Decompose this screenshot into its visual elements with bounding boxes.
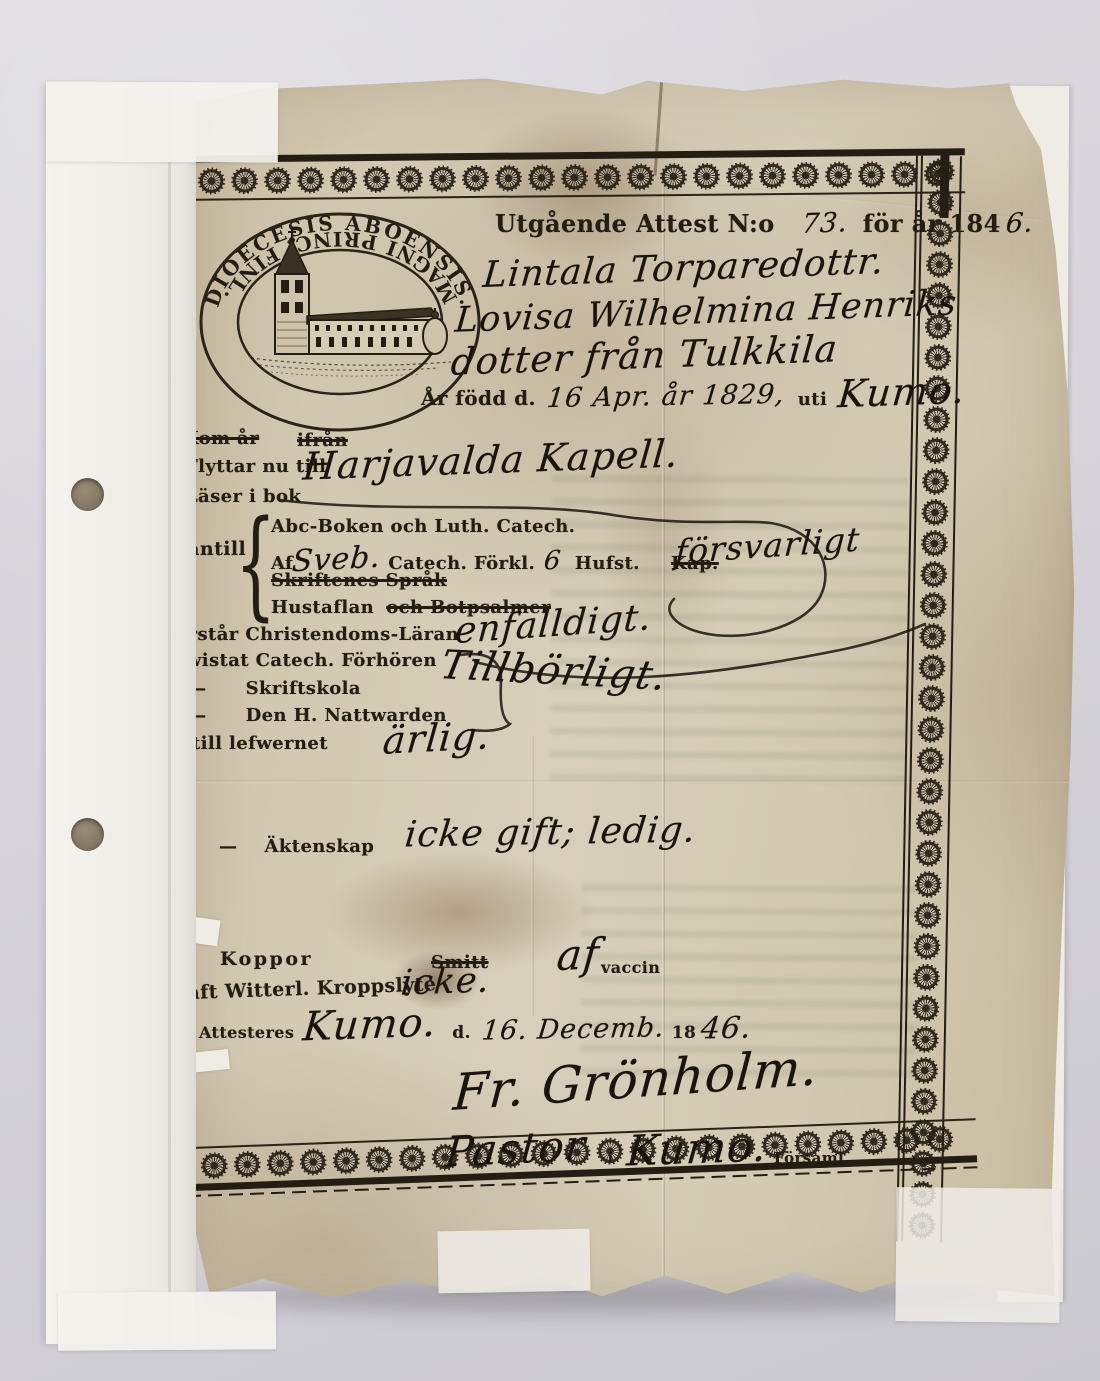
parish-printed: Församl <box>774 1149 844 1167</box>
rosette-ornament <box>561 164 588 191</box>
vaccin-af-hand: af <box>555 929 602 981</box>
pastor-line: Pastor i Kumo. Församl <box>445 1124 844 1173</box>
rosette-ornament <box>792 162 819 189</box>
signature-hand: Fr. Grönholm. <box>451 1038 820 1122</box>
rosette-ornament <box>495 165 522 192</box>
rosette-ornament <box>660 163 687 190</box>
attest-year-printed: 18 <box>672 1023 696 1043</box>
certificate-paper: DIOECESIS ABOENSIS. MAGNI PRINC. FINL. <box>183 76 1075 1306</box>
attest-label: Attesteres <box>199 1023 294 1042</box>
rosette-ornament <box>912 1026 939 1053</box>
rosette-ornament <box>299 1148 327 1176</box>
rosette-ornament <box>921 530 948 557</box>
attest-header-line: Utgående Attest N:o 73. för år 184 6. <box>495 208 1034 239</box>
rosette-ornament <box>297 166 324 193</box>
rosette-ornament <box>462 165 489 192</box>
kroppslyte-value-hand: icke. <box>399 960 491 1003</box>
aktenskap-row: — Äktenskap <box>219 836 374 857</box>
rosette-ornament <box>916 809 943 836</box>
birth-line: År född d. 16 Apr. år 1829, uti Kumo. <box>421 370 966 414</box>
rosette-ornament <box>914 871 941 898</box>
rosette-ornament <box>726 162 753 189</box>
rosette-ornament <box>429 165 456 192</box>
rosette-ornament <box>200 1152 228 1180</box>
single-dash: — <box>219 836 237 857</box>
backing-strip-crease <box>168 84 171 1344</box>
backing-bottom-left <box>58 1291 276 1351</box>
vaccin-label: vaccin <box>601 958 660 977</box>
pastor-title-hand: Pastor <box>443 1120 588 1177</box>
pastor-place-hand: Kumo. <box>624 1121 768 1175</box>
rosette-ornament <box>910 1088 937 1115</box>
birth-date-hand: 16 Apr. år 1829, <box>545 379 786 414</box>
rosette-ornament <box>919 623 946 650</box>
tape-bottom-right <box>895 1187 1060 1323</box>
white-backing-strip <box>46 84 196 1344</box>
forstar-label: Förstår Christendoms-Läran <box>163 624 459 645</box>
attest-year-hand: 6. <box>1004 207 1034 239</box>
fold-crease <box>531 736 534 1016</box>
lefwernet-value-hand: ärlig. <box>381 713 492 763</box>
birth-uti-label: uti <box>798 389 827 410</box>
rosette-ornament <box>332 1147 360 1175</box>
rosette-ornament <box>893 1126 921 1154</box>
rosette-ornament <box>917 747 944 774</box>
rosette-ornament <box>233 1150 261 1178</box>
rosette-ornament <box>920 592 947 619</box>
rosette-ornament <box>926 1125 954 1153</box>
rosette-ornament <box>396 166 423 193</box>
rosette-ornament <box>922 437 949 464</box>
rosette-row-top <box>195 158 965 196</box>
attestation-line: Attesteres Kumo. d. 16. Decemb. 18 46. <box>199 1002 752 1048</box>
attest-year-printed: för år 184 <box>863 209 1001 238</box>
utantill-item3-struck: Skriftenes Språk <box>271 570 447 591</box>
rosette-ornament <box>924 344 951 371</box>
rosette-ornament <box>918 654 945 681</box>
rosette-ornament <box>920 561 947 588</box>
rosette-ornament <box>198 167 225 194</box>
rosette-ornament <box>528 164 555 191</box>
rosette-ornament <box>398 1144 426 1172</box>
rosette-ornament <box>860 1128 888 1156</box>
rosette-ornament <box>913 933 940 960</box>
attest-d-label: d. <box>452 1023 471 1043</box>
attest-date-hand: 16. Decemb. <box>480 1012 666 1046</box>
rosette-ornament <box>891 161 918 188</box>
item2-hand-6: 6 <box>543 546 563 577</box>
rosette-ornament <box>915 840 942 867</box>
rosette-ornament <box>858 161 885 188</box>
pastor-i-printed: i <box>607 1149 613 1167</box>
rosette-ornament <box>918 685 945 712</box>
rosette-ornament <box>912 995 939 1022</box>
rosette-ornament <box>921 499 948 526</box>
attest-header-label: Utgående Attest N:o <box>495 209 775 238</box>
punch-hole-top <box>71 478 104 511</box>
rosette-ornament <box>927 158 954 185</box>
ornamental-border-top <box>195 148 965 200</box>
rosette-ornament <box>693 163 720 190</box>
birth-label: År född d. <box>421 386 536 410</box>
rosette-ornament <box>627 163 654 190</box>
rosette-ornament <box>330 166 357 193</box>
rosette-ornament <box>922 468 949 495</box>
rosette-ornament <box>913 964 940 991</box>
rosette-ornament <box>266 1149 294 1177</box>
attest-place-hand: Kumo. <box>301 1000 439 1051</box>
tape-top-left <box>46 81 278 162</box>
rosette-ornament <box>363 166 390 193</box>
rosette-ornament <box>365 1146 393 1174</box>
rosette-ornament <box>231 167 258 194</box>
aktenskap-value-hand: icke gift; ledig. <box>403 809 698 855</box>
aktenskap-label: Äktenskap <box>265 836 375 857</box>
attest-number-hand: 73. <box>800 207 849 240</box>
rosette-ornament <box>594 164 621 191</box>
rosette-ornament <box>264 167 291 194</box>
rosette-ornament <box>926 251 953 278</box>
punch-hole-bottom <box>71 818 104 851</box>
rosette-ornament <box>911 1057 938 1084</box>
skriftskola-label: Skriftskola <box>246 678 361 699</box>
item2-hufst: Hufst. <box>575 553 640 574</box>
item4-hustaflan: Hustaflan <box>271 597 374 618</box>
koppor-label: Koppor <box>220 948 313 970</box>
rosette-ornament <box>917 716 944 743</box>
biwistat-label: Biwistat Catech. Förhören <box>163 650 437 671</box>
rosette-ornament <box>825 161 852 188</box>
tape-bottom-center <box>437 1229 590 1294</box>
utantill-item1: Abc-Boken och Luth. Catech. <box>271 516 575 537</box>
rosette-ornament <box>914 902 941 929</box>
birth-place-hand: Kumo. <box>836 368 967 417</box>
kroppslyte-label: Haft Witterl. Kroppslyte <box>169 973 437 1004</box>
attest-year-hand: 46. <box>700 1011 754 1047</box>
photo-of-certificate: DIOECESIS ABOENSIS. MAGNI PRINC. FINL. <box>0 0 1100 1381</box>
rosette-ornament <box>759 162 786 189</box>
rosette-ornament <box>916 778 943 805</box>
